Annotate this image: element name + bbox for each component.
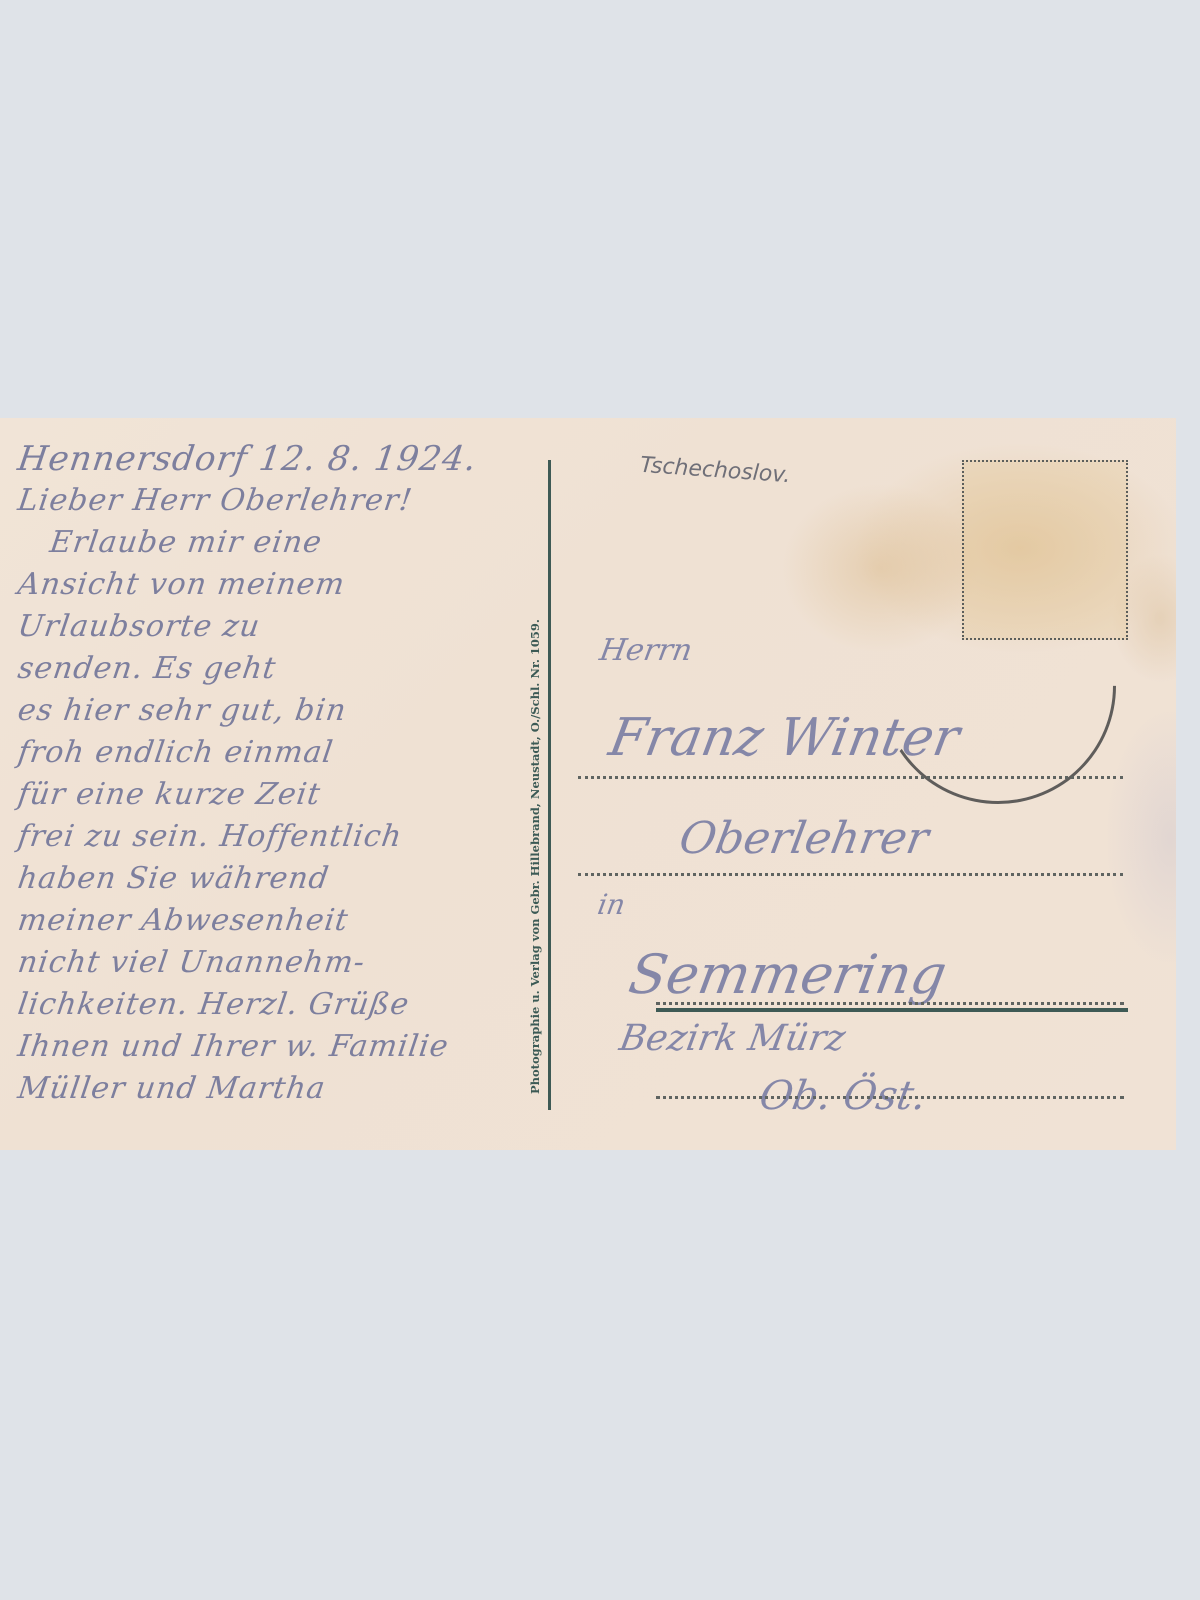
message-line: meiner Abwesenheit [7,900,533,942]
message-line: Müller und Martha [7,1068,533,1110]
message-place-date: Hennersdorf 12. 8. 1924. [7,438,533,480]
address-line-2 [578,873,1123,876]
message-line: senden. Es geht [7,648,533,690]
address-salutation: Herrn [597,633,695,668]
center-divider-line [548,460,551,1110]
address-title: Oberlehrer [676,813,933,864]
message-line: Ansicht von meinem [7,564,533,606]
handwritten-message: Hennersdorf 12. 8. 1924. Lieber Herr Obe… [10,438,530,1110]
address-town: Semmering [624,943,951,1006]
address-prefix: in [595,888,628,921]
address-district: Bezirk Mürz [616,1018,848,1059]
address-line-1 [578,776,1123,779]
message-line: Urlaubsorte zu [7,606,533,648]
publisher-imprint: Photographie u. Verlag von Gebr. Hillebr… [528,474,542,1094]
message-line: lichkeiten. Herzl. Grüße [7,984,533,1026]
message-line: Ihnen und Ihrer w. Familie [7,1026,533,1068]
message-line: frei zu sein. Hoffentlich [7,816,533,858]
message-line: haben Sie während [7,858,533,900]
country-annotation: Tschechoslov. [639,453,791,488]
postcard-back: Hennersdorf 12. 8. 1924. Lieber Herr Obe… [0,418,1176,1150]
address-line-3 [656,1002,1124,1005]
message-line: froh endlich einmal [7,732,533,774]
message-line: für eine kurze Zeit [7,774,533,816]
address-line-4 [656,1096,1124,1099]
message-line: Lieber Herr Oberlehrer! [7,480,533,522]
message-line: es hier sehr gut, bin [7,690,533,732]
message-line: nicht viel Unannehm- [7,942,533,984]
address-name: Franz Winter [605,708,964,768]
message-line: Erlaube mir eine [7,522,533,564]
address-underline-solid [656,1008,1128,1012]
